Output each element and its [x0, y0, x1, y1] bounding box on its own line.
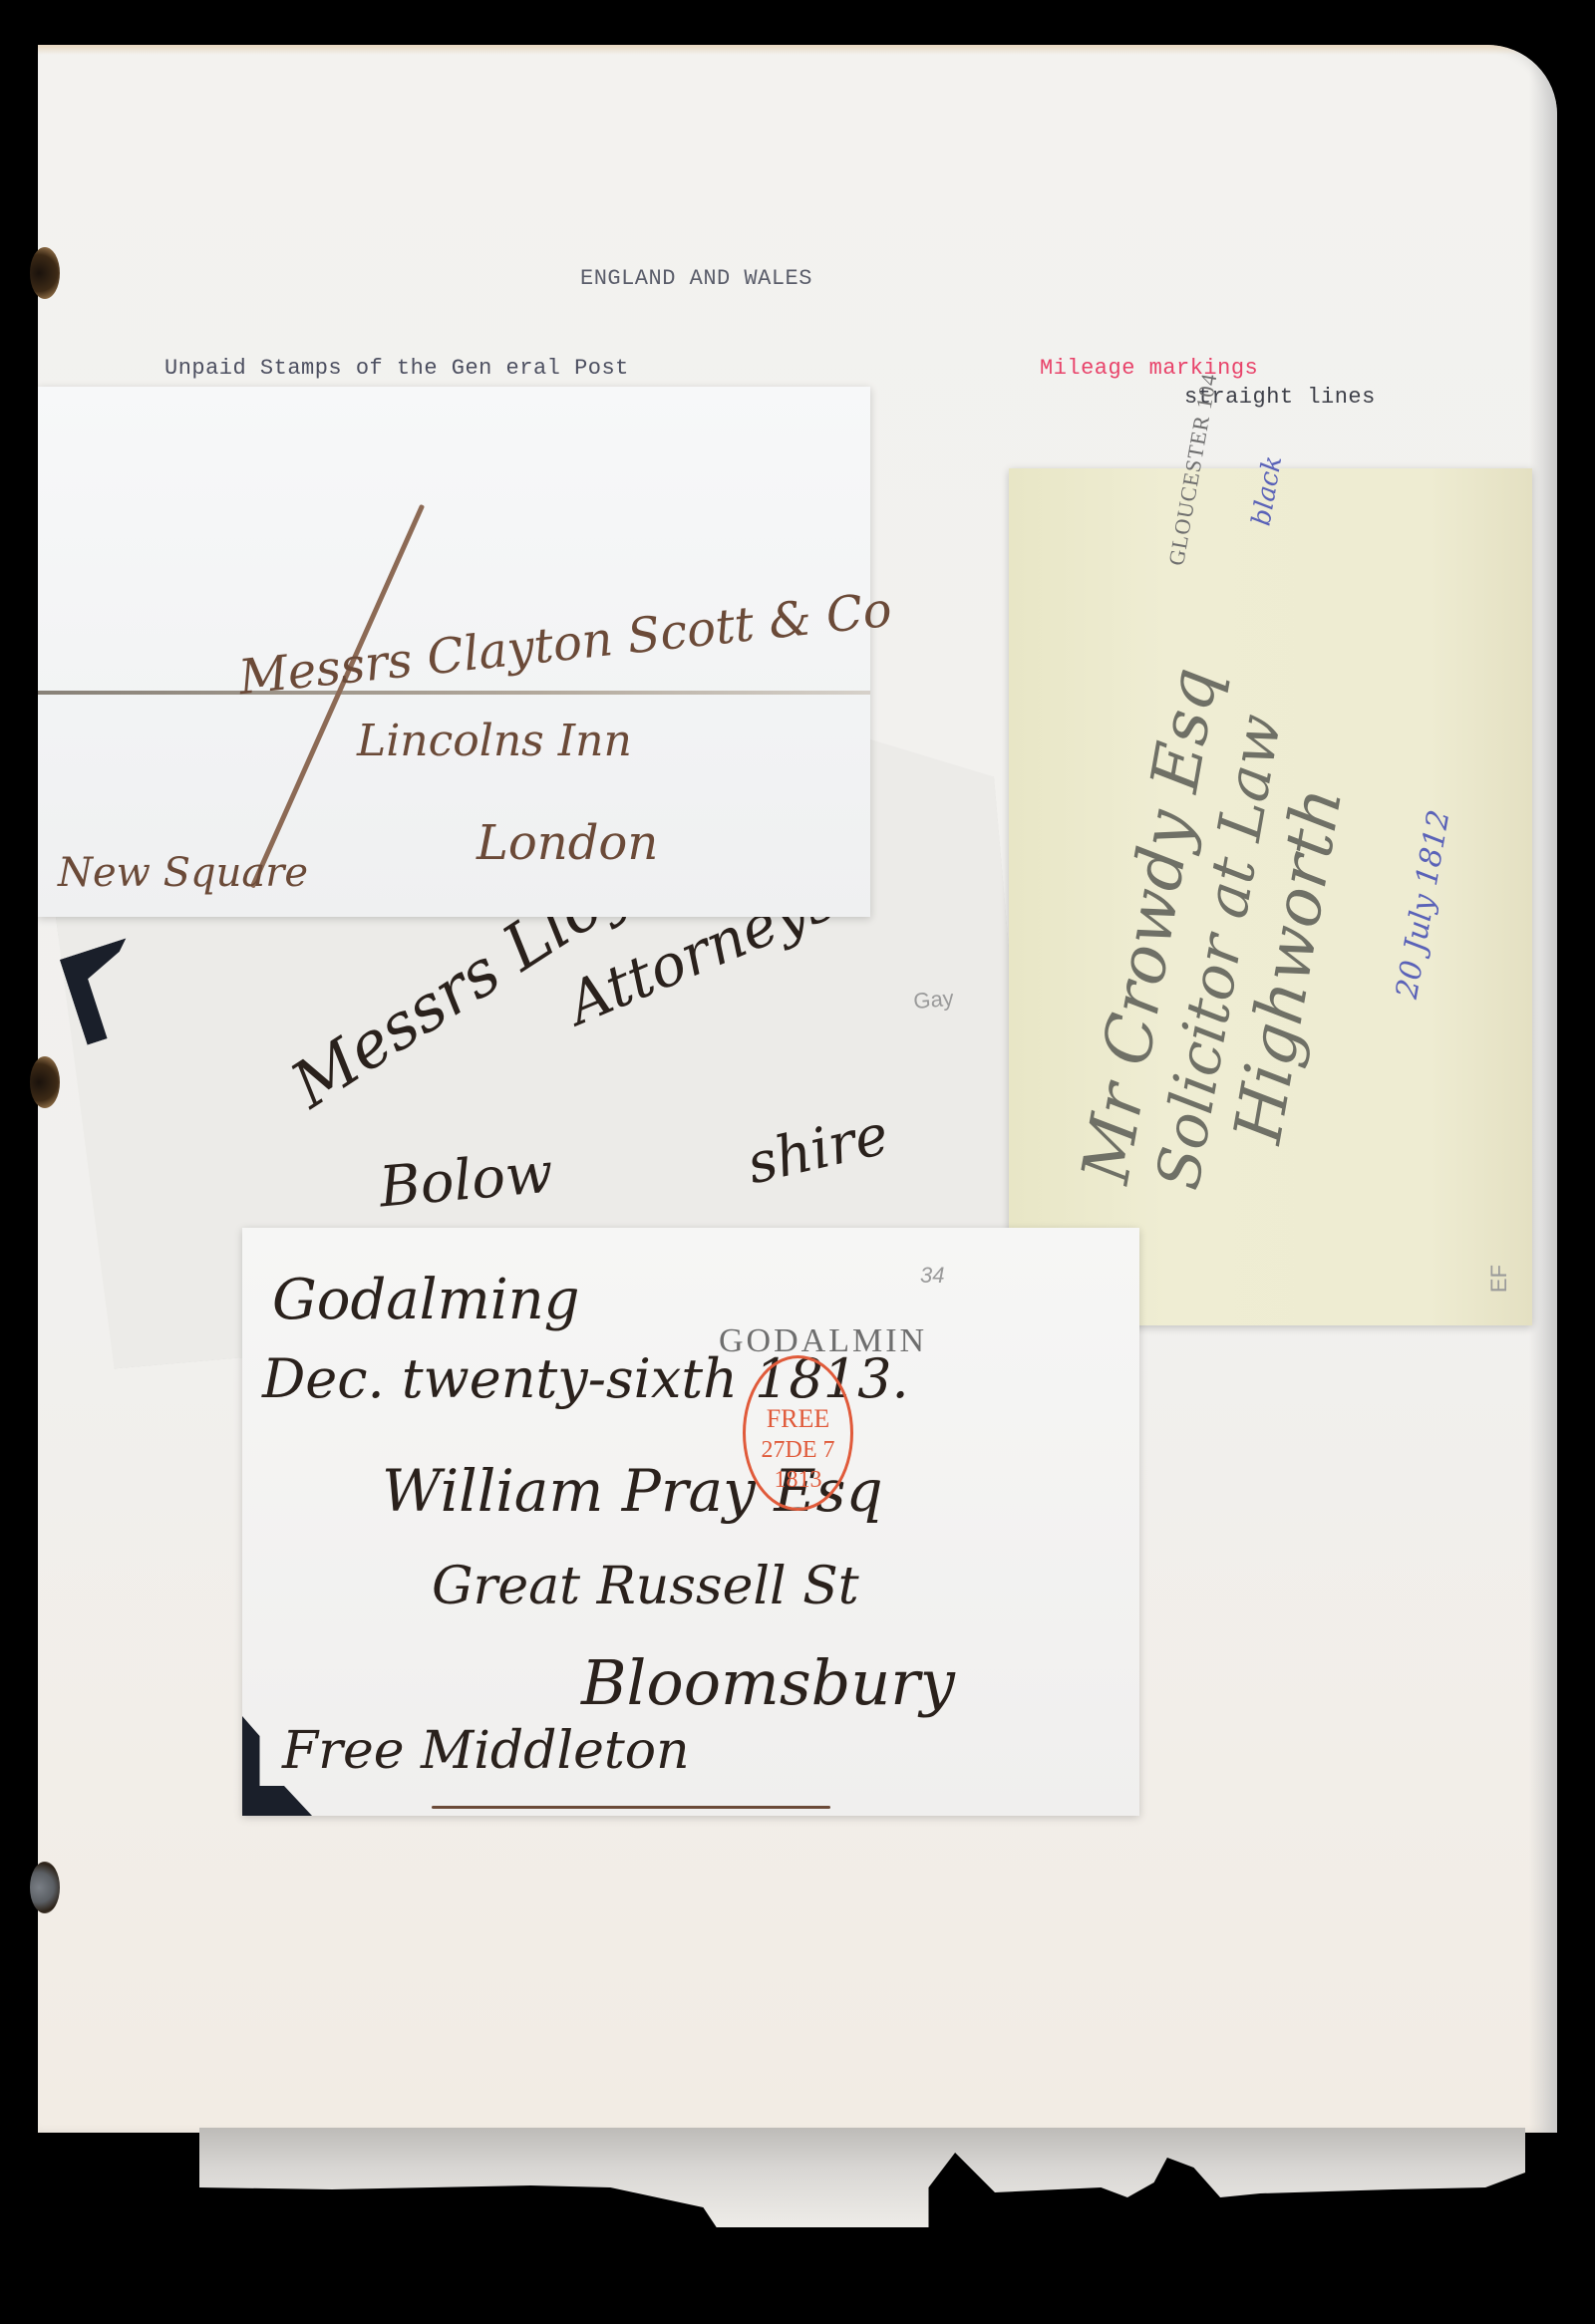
- postmark-line: 27DE 7: [746, 1438, 850, 1462]
- bottom-line: Godalming: [272, 1268, 580, 1332]
- binder-hole: [30, 247, 60, 299]
- bottom-line: Bloomsbury: [581, 1646, 955, 1719]
- bottom-cover: 34 GODALMIN Godalming Dec. twenty-sixth …: [242, 1228, 1139, 1816]
- top-address-line: Messrs Clayton Scott & Co: [236, 582, 894, 706]
- top-cover: Messrs Clayton Scott & Co Lincolns Inn L…: [38, 387, 870, 917]
- torn-paper-edge: [199, 2128, 1525, 2227]
- page-edge: [38, 45, 1557, 55]
- bottom-line: Free Middleton: [282, 1721, 690, 1781]
- middle-address-line: Bolow: [377, 1141, 555, 1221]
- middle-address-line: shire: [742, 1102, 895, 1197]
- caption-mileage-markings: Mileage markings: [1040, 356, 1258, 381]
- fold-line: [38, 691, 870, 695]
- binder-hole: [30, 1056, 60, 1108]
- slip-initials: EF: [1486, 1265, 1512, 1293]
- bottom-line: Great Russell St: [432, 1557, 859, 1616]
- pencil-note: Gay: [912, 986, 954, 1015]
- top-address-line: London: [477, 815, 658, 871]
- free-postmark: FREE 27DE 7 1813: [743, 1355, 853, 1511]
- top-address-line: Lincolns Inn: [357, 716, 632, 766]
- binder-hole: [30, 1862, 60, 1913]
- mileage-marking-slip: Mr Crowdy Esq Solicitor at Law Highworth…: [1009, 468, 1532, 1325]
- pencil-number: 34: [920, 1263, 944, 1289]
- caption-unpaid-stamps: Unpaid Stamps of the Gen eral Post: [164, 356, 629, 381]
- top-lower-left-note: New Square: [58, 850, 308, 896]
- page-heading: ENGLAND AND WALES: [580, 266, 812, 291]
- postmark-line: FREE: [746, 1406, 850, 1432]
- underline-stroke: [432, 1806, 830, 1809]
- postmark-line: 1813: [746, 1468, 850, 1492]
- slip-date-note: 20 July 1812: [1390, 807, 1457, 1002]
